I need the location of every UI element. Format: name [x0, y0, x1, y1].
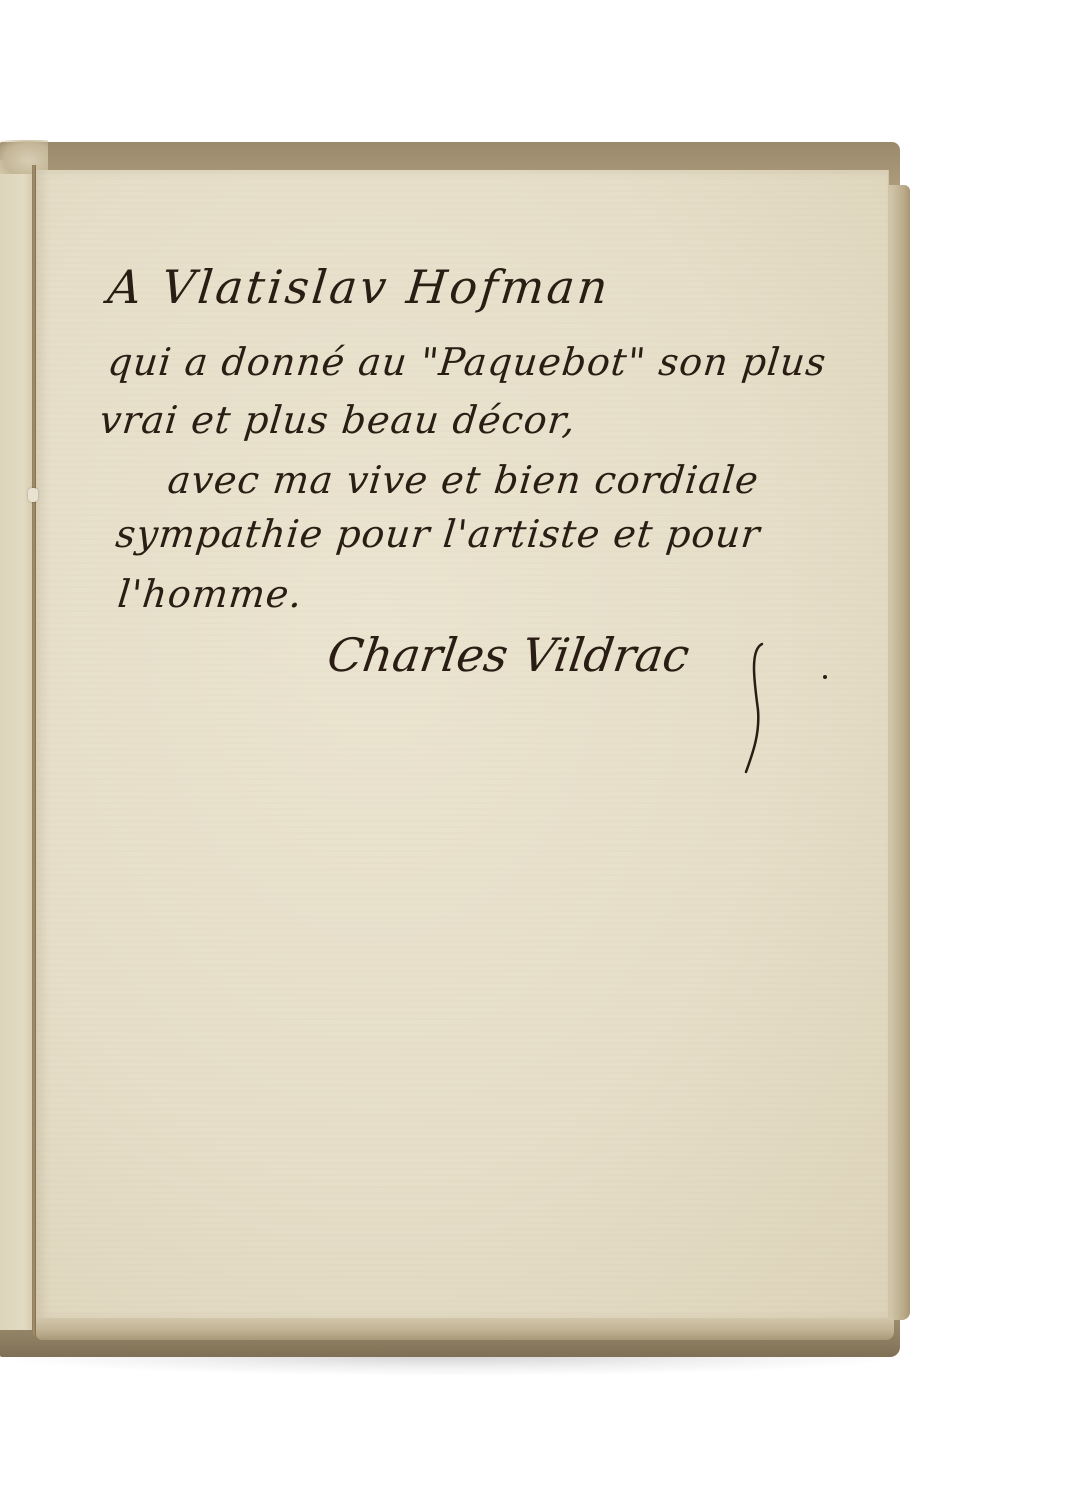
spine-gutter	[32, 165, 36, 1335]
signature: Charles Vildrac	[324, 628, 692, 682]
dedication-line: qui a donné au "Paquebot" son plus	[106, 340, 829, 384]
dedication-line: A Vlatislav Hofman	[105, 260, 613, 314]
signature-dot	[823, 675, 827, 679]
book-photo: A Vlatislav Hofman qui a donné au "Paque…	[0, 0, 1090, 1500]
page-bottom-edge	[36, 1318, 894, 1340]
spine-tear	[0, 140, 48, 174]
dedication-line: sympathie pour l'artiste et pour	[114, 512, 763, 556]
signature-flourish-icon	[740, 640, 770, 775]
dedication-line: avec ma vive et bien cordiale	[166, 458, 761, 502]
left-page	[0, 160, 34, 1330]
dedication-line: l'homme.	[116, 572, 305, 616]
dedication-line: vrai et plus beau décor,	[98, 398, 579, 442]
binding-thread	[28, 488, 38, 502]
